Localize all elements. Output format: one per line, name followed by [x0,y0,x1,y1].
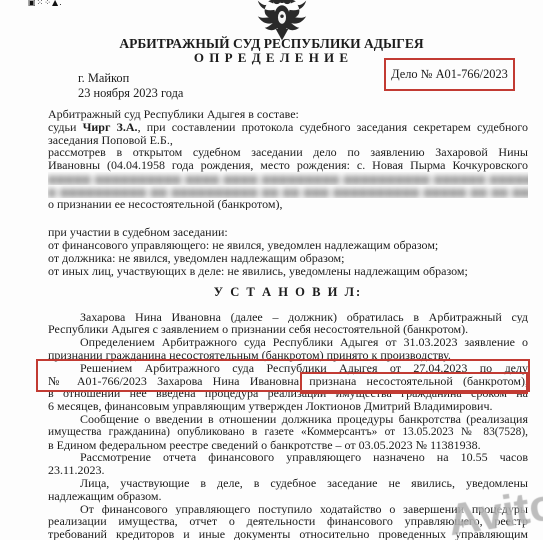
para4-line1: Сообщение о введении в отношении должник… [48,413,528,426]
para2-line2: признании гражданина несостоятельным (ба… [48,349,528,362]
line-review-1: рассмотрев в открытом судебном заседании… [48,146,528,159]
line-attendance-title: при участии в судебном заседании: [48,226,528,239]
para3-line2: № А01-766/2023 Захарова Нина Ивановна пр… [48,375,528,388]
redacted-line-1: ▆▆▆▆▆ ▆▆▆▆▆▆▆▆▆▆ ▆▆▆▆ ▆▆▆▆ ▆▆▆▆▆▆▆▆▆ ▆▆▆… [48,172,528,185]
para3-line3: в отношении нее введена процедура реализ… [48,387,528,400]
line-judge: судьи Чирг З.А., при составлении протоко… [48,121,528,134]
redacted-line-2: ▆ ▆▆▆▆▆▆▆▆▆▆ ▆▆ ▆▆▆▆▆▆▆▆▆▆ ▆▆ ▆▆ ▆▆▆ ▆▆▆… [48,185,528,198]
judge-suffix: , при составлении протокола судебного за… [138,121,528,134]
para3-line4: 6 месяцев, финансовым управляющим утверж… [48,400,528,413]
line-court-composition: Арбитражный суд Республики Адыгея в сост… [48,108,528,121]
line-secretary: заседания Поповой Е.Б., [48,134,528,147]
para3-line1: Решением Арбитражного суда Республики Ад… [48,362,528,375]
judge-prefix: судьи [48,121,83,134]
line-attendance-debtor: от должника: не явился, уведомлен надлеж… [48,252,528,265]
judge-name: Чирг З.А. [83,121,138,134]
para4-line2: имущества гражданина) опубликовано в газ… [48,426,528,439]
coat-of-arms-icon [253,0,311,40]
hearing-date: 23 ноября 2023 года [78,86,183,101]
line-attendance-others: от иных лиц, участвующих в деле: не явил… [48,265,528,278]
line-petition: о признании ее несостоятельной (банкрото… [48,198,528,211]
redacted-text: ▆ ▆▆▆▆▆▆▆▆▆▆ ▆▆ ▆▆▆▆▆▆▆▆▆▆ ▆▆ ▆▆ ▆▆▆ ▆▆▆… [48,187,528,198]
para6-line1: Лица, участвующие в деле, в судебное зас… [48,477,528,490]
para4-line3: в Едином федеральном реестре сведений о … [48,439,528,452]
operative-heading: У С Т А Н О В И Л: [48,286,528,299]
case-number: Дело № А01-766/2023 [391,67,508,81]
court-document-page: ▣⁙⁘▲⁚ АРБИТРАЖНЫЙ СУД РЕСПУБЛИКИ АДЫГЕЯ … [0,0,543,540]
para2-line1: Определением Арбитражного суда Республик… [48,336,528,349]
line-attendance-fm: от финансового управляющего: не явился, … [48,239,528,252]
place-date-block: г. Майкоп 23 ноября 2023 года [78,71,183,101]
document-body: Арбитражный суд Республики Адыгея в сост… [48,108,528,540]
scan-artifact-mark: ▣⁙⁘▲⁚ [28,0,63,7]
para1-line2: Республики Адыгея с заявлением о признан… [48,323,528,336]
city: г. Майкоп [78,71,183,86]
case-number-highlight: Дело № А01-766/2023 [384,58,515,91]
para5-line2: 23.11.2023. [48,464,528,477]
line-review-2: Ивановны (04.04.1958 года рождения, мест… [48,159,528,172]
para1-line1: Захарова Нина Ивановна (далее – должник)… [48,311,528,324]
redacted-text: ▆▆▆▆▆ ▆▆▆▆▆▆▆▆▆▆ ▆▆▆▆ ▆▆▆▆ ▆▆▆▆▆▆▆▆▆ ▆▆▆… [48,174,528,185]
para5-line1: Рассмотрение отчета финансового управляю… [48,451,528,464]
